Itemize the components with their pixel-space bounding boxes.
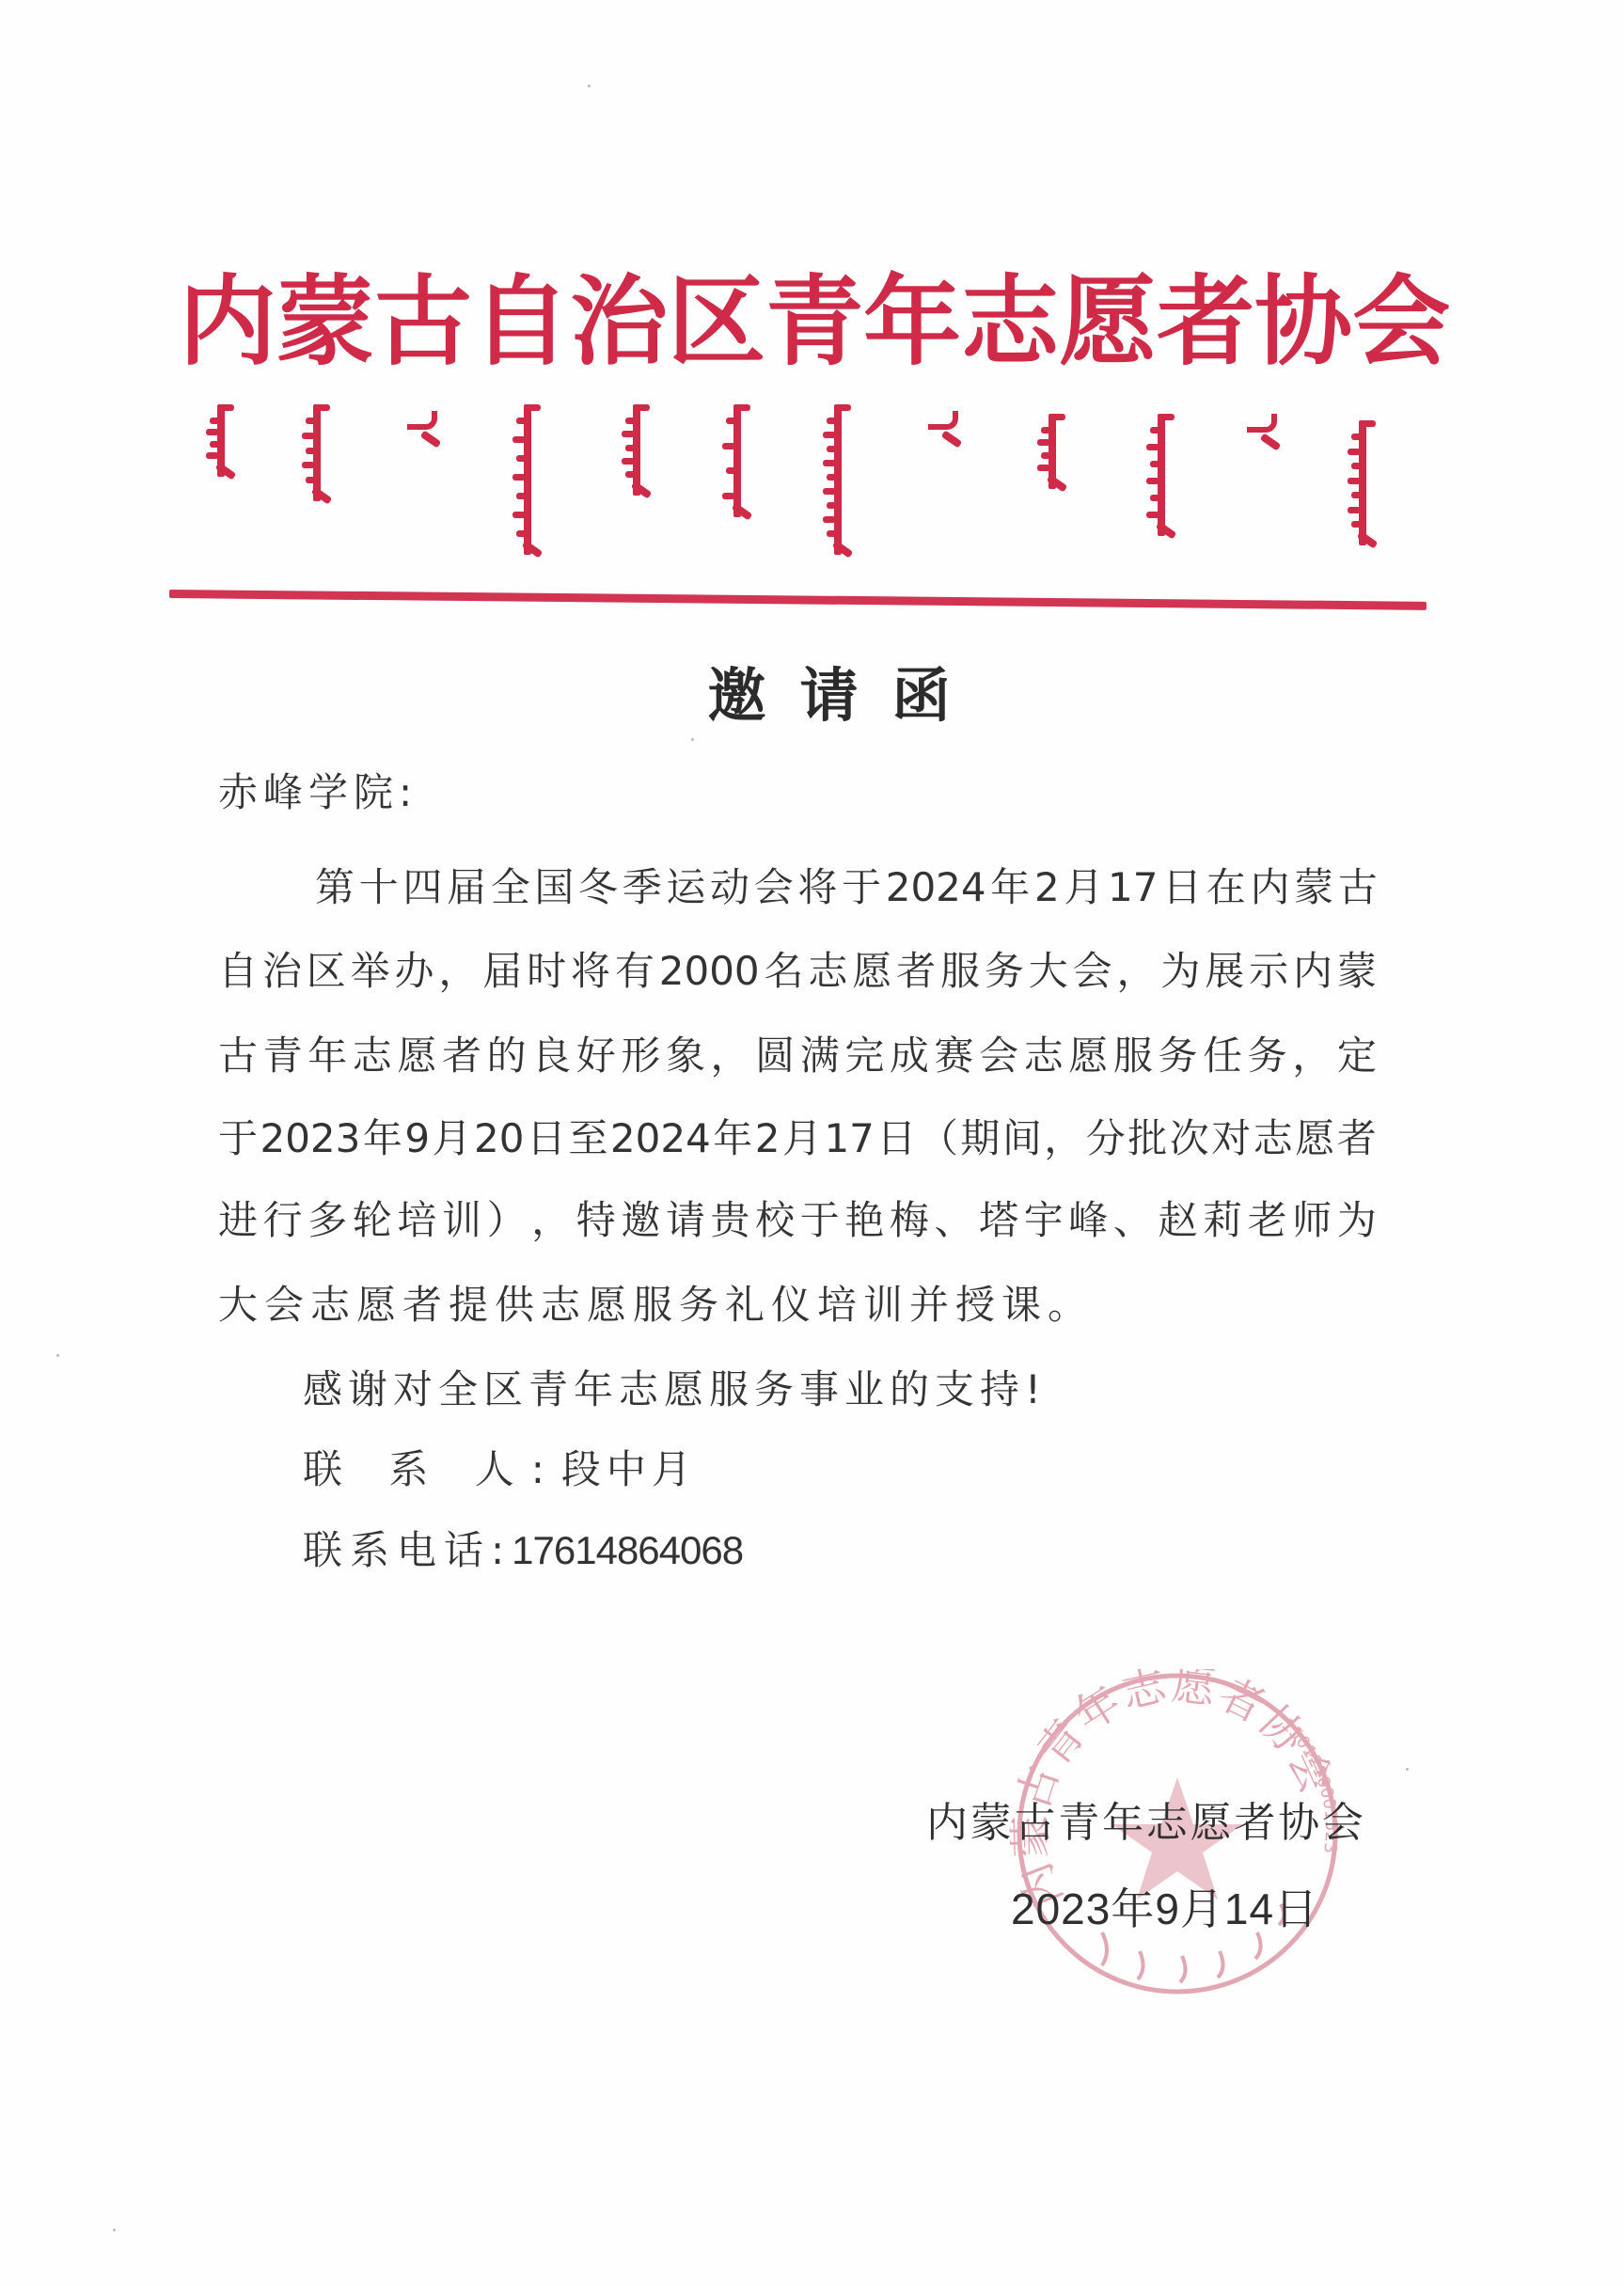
body-glyph: 2 — [1034, 861, 1060, 914]
scan-speck — [1406, 1768, 1409, 1771]
body-glyph: 在 — [1206, 861, 1246, 914]
body-glyph: 内 — [1250, 861, 1289, 914]
signature-char: 志 — [1146, 1789, 1188, 1849]
body-glyph: 17 — [1108, 861, 1158, 914]
body-glyph: 培 — [397, 1194, 436, 1247]
signature-date: 2023年9月14日 — [1011, 1875, 1293, 1937]
body-glyph: 梅 — [890, 1194, 929, 1247]
contact-person-label: 联 系 人: — [303, 1446, 561, 1492]
body-glyph: 古 — [218, 1030, 258, 1082]
body-glyph: 治 — [262, 945, 302, 998]
body-glyph: 邀 — [621, 1194, 660, 1247]
body-line-4: 于2023年9月20日至2024年2月17日（期间，分批次对志愿者 — [218, 1112, 1377, 1165]
body-glyph: 展 — [1205, 945, 1244, 998]
body-glyph: 于 — [218, 1112, 258, 1165]
contact-person-name: 段中月 — [561, 1446, 697, 1492]
body-glyph: 多 — [307, 1194, 347, 1247]
body-glyph: 全 — [491, 861, 530, 914]
body-glyph: 形 — [621, 1030, 660, 1082]
body-glyph: 圆 — [755, 1030, 795, 1082]
body-glyph: 愿 — [852, 945, 891, 998]
body-glyph: 满 — [800, 1030, 840, 1082]
document-title: 邀请函 — [0, 649, 1624, 733]
body-glyph: 青 — [263, 1030, 303, 1082]
body-line-1: 第十四届全国冬季运动会将于2024年2月17日在内蒙古 — [315, 861, 1378, 914]
body-glyph: 完 — [844, 1030, 884, 1082]
body-glyph: 者 — [1337, 1112, 1377, 1165]
body-glyph: 艳 — [844, 1194, 884, 1247]
body-glyph: 的 — [487, 1030, 527, 1082]
body-glyph: ， — [531, 1194, 571, 1247]
body-glyph: 宇 — [1024, 1194, 1064, 1247]
body-glyph: 塔 — [979, 1194, 1018, 1247]
scan-speck — [56, 1354, 59, 1357]
body-glyph: 17 — [824, 1112, 874, 1165]
body-glyph: 十 — [359, 861, 399, 914]
body-glyph: 志 — [353, 1030, 392, 1082]
body-glyph: 冬 — [578, 861, 618, 914]
signature-char: 协 — [1278, 1789, 1319, 1849]
signature-organization: 内蒙古青年志愿者协会 — [926, 1789, 1364, 1849]
body-glyph: 日 — [527, 1112, 566, 1165]
body-glyph: 训 — [442, 1194, 481, 1247]
body-glyph: ， — [1044, 1112, 1083, 1165]
invitation-letter-page: 内蒙古自治区青年志愿者协会 邀请函 赤峰学院: 第十四届全国冬季运动会将于202… — [0, 0, 1624, 2286]
body-glyph: 会 — [979, 1030, 1018, 1082]
body-glyph: 服 — [940, 945, 980, 998]
body-glyph: 大 — [1029, 945, 1068, 998]
body-glyph: 四 — [402, 861, 442, 914]
body-glyph: ， — [1117, 945, 1157, 998]
body-glyph: 日 — [1162, 861, 1202, 914]
contact-phone-label: 联系电话: — [303, 1527, 512, 1573]
body-glyph: 年 — [363, 1112, 402, 1165]
body-glyph: 时 — [527, 945, 566, 998]
body-glyph: 务 — [1248, 1030, 1287, 1082]
mongolian-column — [718, 404, 756, 517]
body-glyph: 者 — [896, 945, 936, 998]
body-glyph: 贵 — [711, 1194, 750, 1247]
body-glyph: 届 — [482, 945, 522, 998]
thanks-line: 感谢对全区青年志愿服务事业的支持! — [303, 1364, 1461, 1416]
mongolian-column — [1344, 420, 1381, 545]
body-glyph: 蒙 — [1294, 861, 1333, 914]
body-glyph: 将 — [797, 861, 837, 914]
body-line-6: 大会志愿者提供志愿服务礼仪培训并授课。 — [218, 1279, 1377, 1332]
body-glyph: 月 — [1064, 861, 1103, 914]
body-glyph: 有 — [615, 945, 654, 998]
body-glyph: 务 — [985, 945, 1024, 998]
body-glyph: 届 — [447, 861, 486, 914]
body-glyph: 年 — [990, 861, 1030, 914]
body-glyph: 内 — [1293, 945, 1332, 998]
body-glyph: 示 — [1249, 945, 1288, 998]
body-glyph: 季 — [623, 861, 662, 914]
body-glyph: 任 — [1203, 1030, 1242, 1082]
body-glyph: 2 — [755, 1112, 780, 1165]
body-glyph: 20 — [474, 1112, 524, 1165]
signature-char: 青 — [1058, 1789, 1099, 1849]
letterhead-mongolian-script — [0, 0, 1624, 602]
mongolian-column — [1033, 414, 1071, 489]
body-glyph: 进 — [218, 1194, 258, 1247]
body-glyph: 蒙 — [1337, 945, 1377, 998]
signature-char: 会 — [1322, 1789, 1364, 1849]
body-line-5: 进行多轮培训），特邀请贵校于艳梅、塔宇峰、赵莉老师为 — [218, 1194, 1377, 1247]
body-glyph: ， — [711, 1030, 750, 1082]
body-glyph: 成 — [890, 1030, 929, 1082]
mongolian-column — [819, 404, 857, 555]
body-glyph: 2024 — [886, 861, 986, 914]
body-glyph: ， — [1292, 1030, 1332, 1082]
body-glyph: 至 — [568, 1112, 607, 1165]
body-glyph: 服 — [1113, 1030, 1153, 1082]
body-glyph: 校 — [755, 1194, 795, 1247]
body-glyph: 师 — [1292, 1194, 1332, 1247]
body-glyph: 行 — [263, 1194, 303, 1247]
body-glyph: 批 — [1127, 1112, 1167, 1165]
body-glyph: 年 — [307, 1030, 347, 1082]
body-glyph: 定 — [1337, 1030, 1377, 1082]
body-glyph: 办 — [395, 945, 434, 998]
body-glyph: 年 — [713, 1112, 752, 1165]
body-glyph: 老 — [1248, 1194, 1287, 1247]
body-glyph: 举 — [351, 945, 390, 998]
body-glyph: 分 — [1086, 1112, 1126, 1165]
body-glyph: 请 — [666, 1194, 705, 1247]
contact-person-row: 联 系 人:段中月 — [303, 1443, 1461, 1496]
body-line-2: 自治区举办，届时将有2000名志愿者服务大会，为展示内蒙 — [218, 945, 1377, 998]
signature-char: 愿 — [1190, 1789, 1232, 1849]
body-glyph: 日 — [876, 1112, 916, 1165]
body-glyph: 愿 — [397, 1030, 436, 1082]
body-glyph: 轮 — [353, 1194, 392, 1247]
signature-char: 蒙 — [970, 1789, 1012, 1849]
body-glyph: 者 — [442, 1030, 481, 1082]
body-glyph: 9 — [404, 1112, 430, 1165]
body-glyph: 峰 — [1068, 1194, 1108, 1247]
body-glyph: 于 — [842, 861, 881, 914]
body-glyph: 好 — [576, 1030, 616, 1082]
body-glyph: 古 — [1338, 861, 1378, 914]
signature-char: 内 — [926, 1789, 968, 1849]
signature-char: 年 — [1102, 1789, 1143, 1849]
body-glyph: 次 — [1170, 1112, 1209, 1165]
body-glyph: 动 — [710, 861, 749, 914]
contact-phone-row: 联系电话:17614864068 — [303, 1524, 1461, 1577]
body-glyph: 区 — [307, 945, 346, 998]
body-glyph: ， — [438, 945, 478, 998]
mongolian-column — [1143, 414, 1180, 536]
body-glyph: 对 — [1211, 1112, 1251, 1165]
mongolian-column — [924, 411, 962, 442]
body-glyph: 志 — [1024, 1030, 1064, 1082]
body-glyph: 会 — [1073, 945, 1112, 998]
mongolian-column — [202, 404, 240, 477]
body-glyph: 2024 — [610, 1112, 711, 1165]
body-glyph: 赛 — [935, 1030, 974, 1082]
body-glyph: 、 — [935, 1194, 974, 1247]
body-glyph: 2023 — [260, 1112, 360, 1165]
body-glyph: 名 — [765, 945, 804, 998]
body-glyph: 特 — [576, 1194, 616, 1247]
body-glyph: 自 — [218, 945, 258, 998]
body-glyph: 月 — [433, 1112, 472, 1165]
body-glyph: 第 — [315, 861, 355, 914]
body-glyph: 莉 — [1203, 1194, 1242, 1247]
mongolian-column — [1243, 414, 1281, 449]
mongolian-column — [618, 404, 655, 496]
scan-speck — [588, 85, 591, 87]
salutation: 赤峰学院: — [218, 766, 1377, 819]
body-line-3: 古青年志愿者的良好形象，圆满完成赛会志愿服务任务，定 — [218, 1030, 1377, 1082]
body-glyph: 月 — [782, 1112, 822, 1165]
body-glyph: 会 — [754, 861, 794, 914]
body-glyph: 良 — [531, 1030, 571, 1082]
body-glyph: 间 — [1002, 1112, 1042, 1165]
body-glyph: 国 — [534, 861, 574, 914]
body-glyph: 志 — [1253, 1112, 1293, 1165]
contact-phone-number: 17614864068 — [512, 1528, 743, 1572]
body-glyph: 务 — [1158, 1030, 1197, 1082]
mongolian-column — [298, 404, 336, 501]
mongolian-column — [403, 411, 441, 435]
body-glyph: 运 — [666, 861, 705, 914]
body-glyph: 志 — [808, 945, 847, 998]
body-glyph: 2000 — [659, 945, 760, 998]
signature-char: 者 — [1234, 1789, 1275, 1849]
body-glyph: 于 — [800, 1194, 840, 1247]
scan-speck — [691, 738, 694, 741]
body-glyph: 为 — [1160, 945, 1200, 998]
body-glyph: 、 — [1113, 1194, 1153, 1247]
body-glyph: 愿 — [1295, 1112, 1334, 1165]
body-glyph: 象 — [666, 1030, 705, 1082]
body-glyph: ） — [487, 1194, 527, 1247]
mongolian-column — [509, 404, 546, 555]
body-glyph: （ — [919, 1112, 958, 1165]
body-glyph: 赵 — [1158, 1194, 1197, 1247]
body-glyph: 将 — [571, 945, 610, 998]
body-glyph: 愿 — [1068, 1030, 1108, 1082]
signature-char: 古 — [1015, 1789, 1056, 1849]
body-glyph: 为 — [1337, 1194, 1377, 1247]
body-glyph: 期 — [960, 1112, 1000, 1165]
scan-speck — [113, 2229, 116, 2231]
